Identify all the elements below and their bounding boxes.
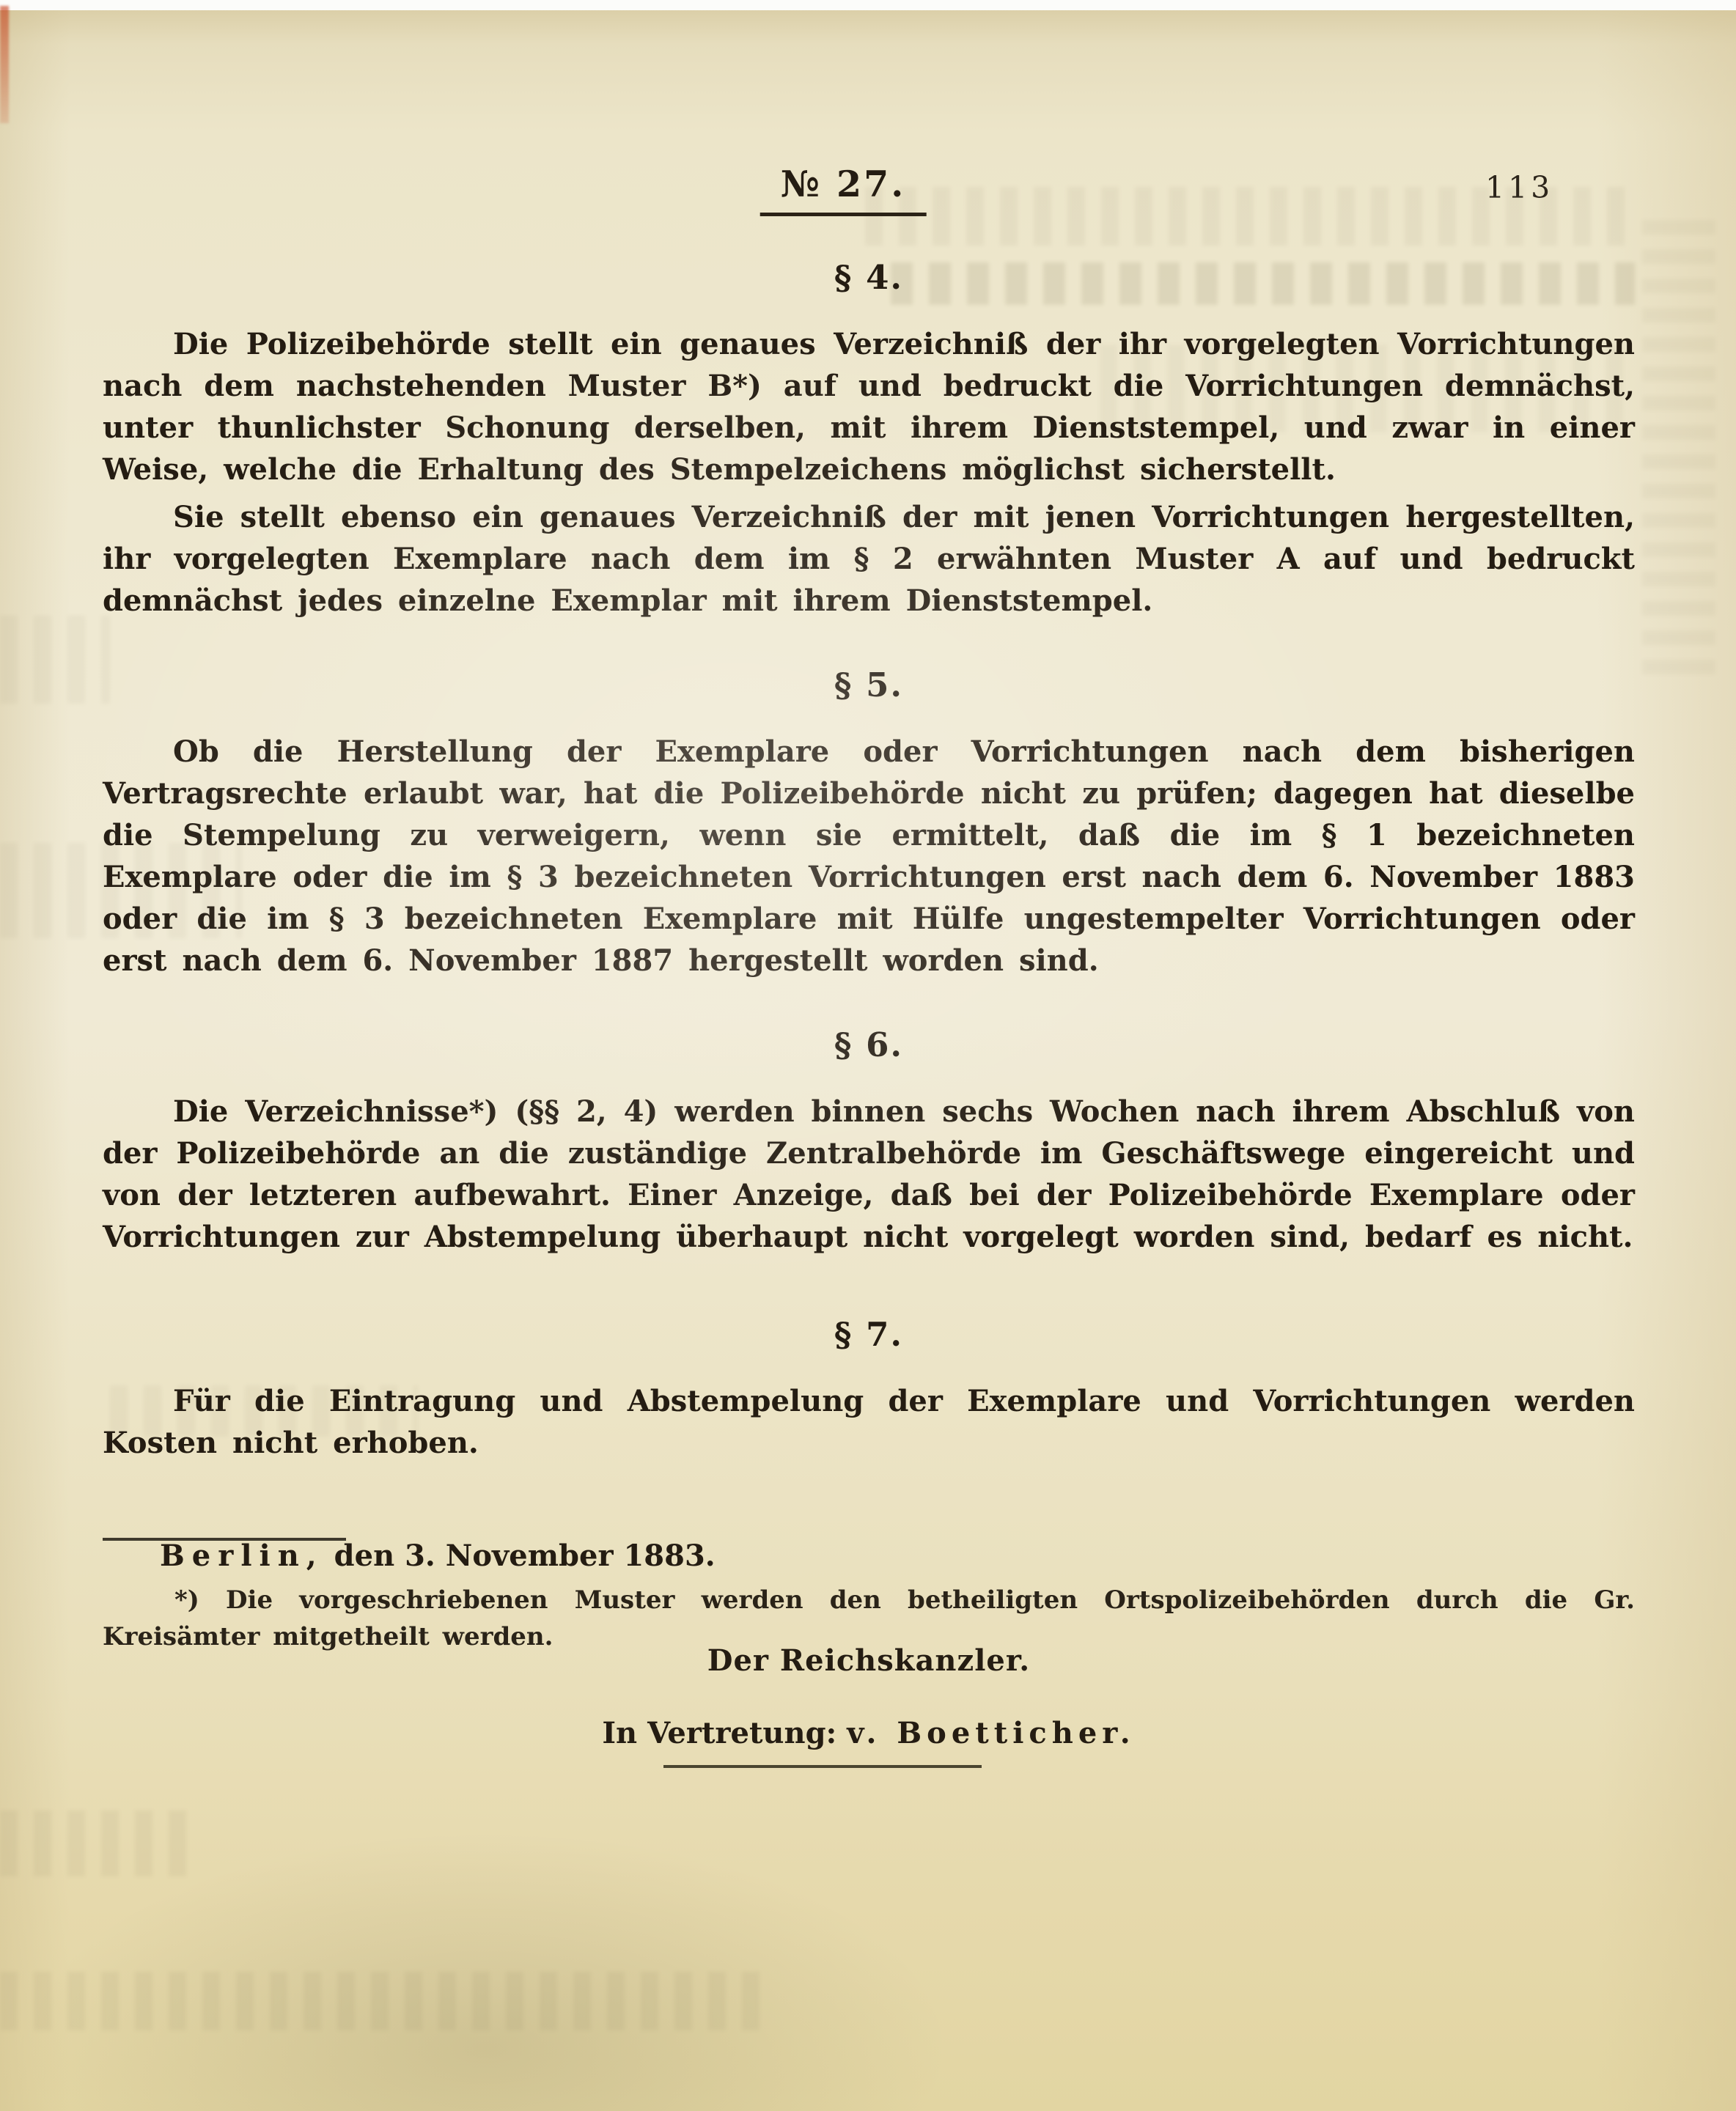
deputy-name: v. Boetticher. bbox=[847, 1716, 1135, 1750]
paragraph: Ob die Herstellung der Exemplare oder Vo… bbox=[103, 731, 1635, 981]
bleedthrough-mark bbox=[0, 1972, 770, 2030]
scanned-document-page: № 27. 113 § 4. Die Polizeibehörde stellt… bbox=[0, 0, 1736, 2111]
deputy-label: In Vertretung: bbox=[602, 1716, 836, 1750]
paragraph: Die Verzeichnisse*) (§§ 2, 4) werden bin… bbox=[103, 1091, 1635, 1258]
document-body: § 4. Die Polizeibehörde stellt ein genau… bbox=[103, 258, 1635, 1750]
signature-deputy: In Vertretung: v. Boetticher. bbox=[103, 1716, 1635, 1750]
section-heading-4: § 4. bbox=[103, 258, 1635, 297]
footnote-separator-rule bbox=[103, 1538, 346, 1541]
bleedthrough-mark bbox=[0, 616, 110, 704]
bleedthrough-mark bbox=[1642, 205, 1715, 674]
section-heading-7: § 7. bbox=[103, 1315, 1635, 1354]
bleedthrough-mark bbox=[0, 1810, 191, 1876]
page-number: 113 bbox=[1485, 170, 1553, 205]
red-edge-mark bbox=[0, 6, 9, 123]
issue-number-heading: № 27. bbox=[760, 163, 927, 216]
footnote-block: *) Die vorgeschriebenen Muster werden de… bbox=[103, 1538, 1635, 1680]
paragraph: Für die Eintragung und Abstempelung der … bbox=[103, 1380, 1635, 1464]
scan-top-edge bbox=[0, 0, 1736, 10]
section-heading-5: § 5. bbox=[103, 666, 1635, 704]
section-heading-6: § 6. bbox=[103, 1025, 1635, 1064]
paragraph: Sie stellt ebenso ein genaues Verzeichni… bbox=[103, 496, 1635, 622]
paragraph: Die Polizeibehörde stellt ein genaues Ve… bbox=[103, 323, 1635, 490]
footnote-text: *) Die vorgeschriebenen Muster werden de… bbox=[103, 1582, 1635, 1655]
section-end-rule bbox=[663, 1765, 982, 1768]
